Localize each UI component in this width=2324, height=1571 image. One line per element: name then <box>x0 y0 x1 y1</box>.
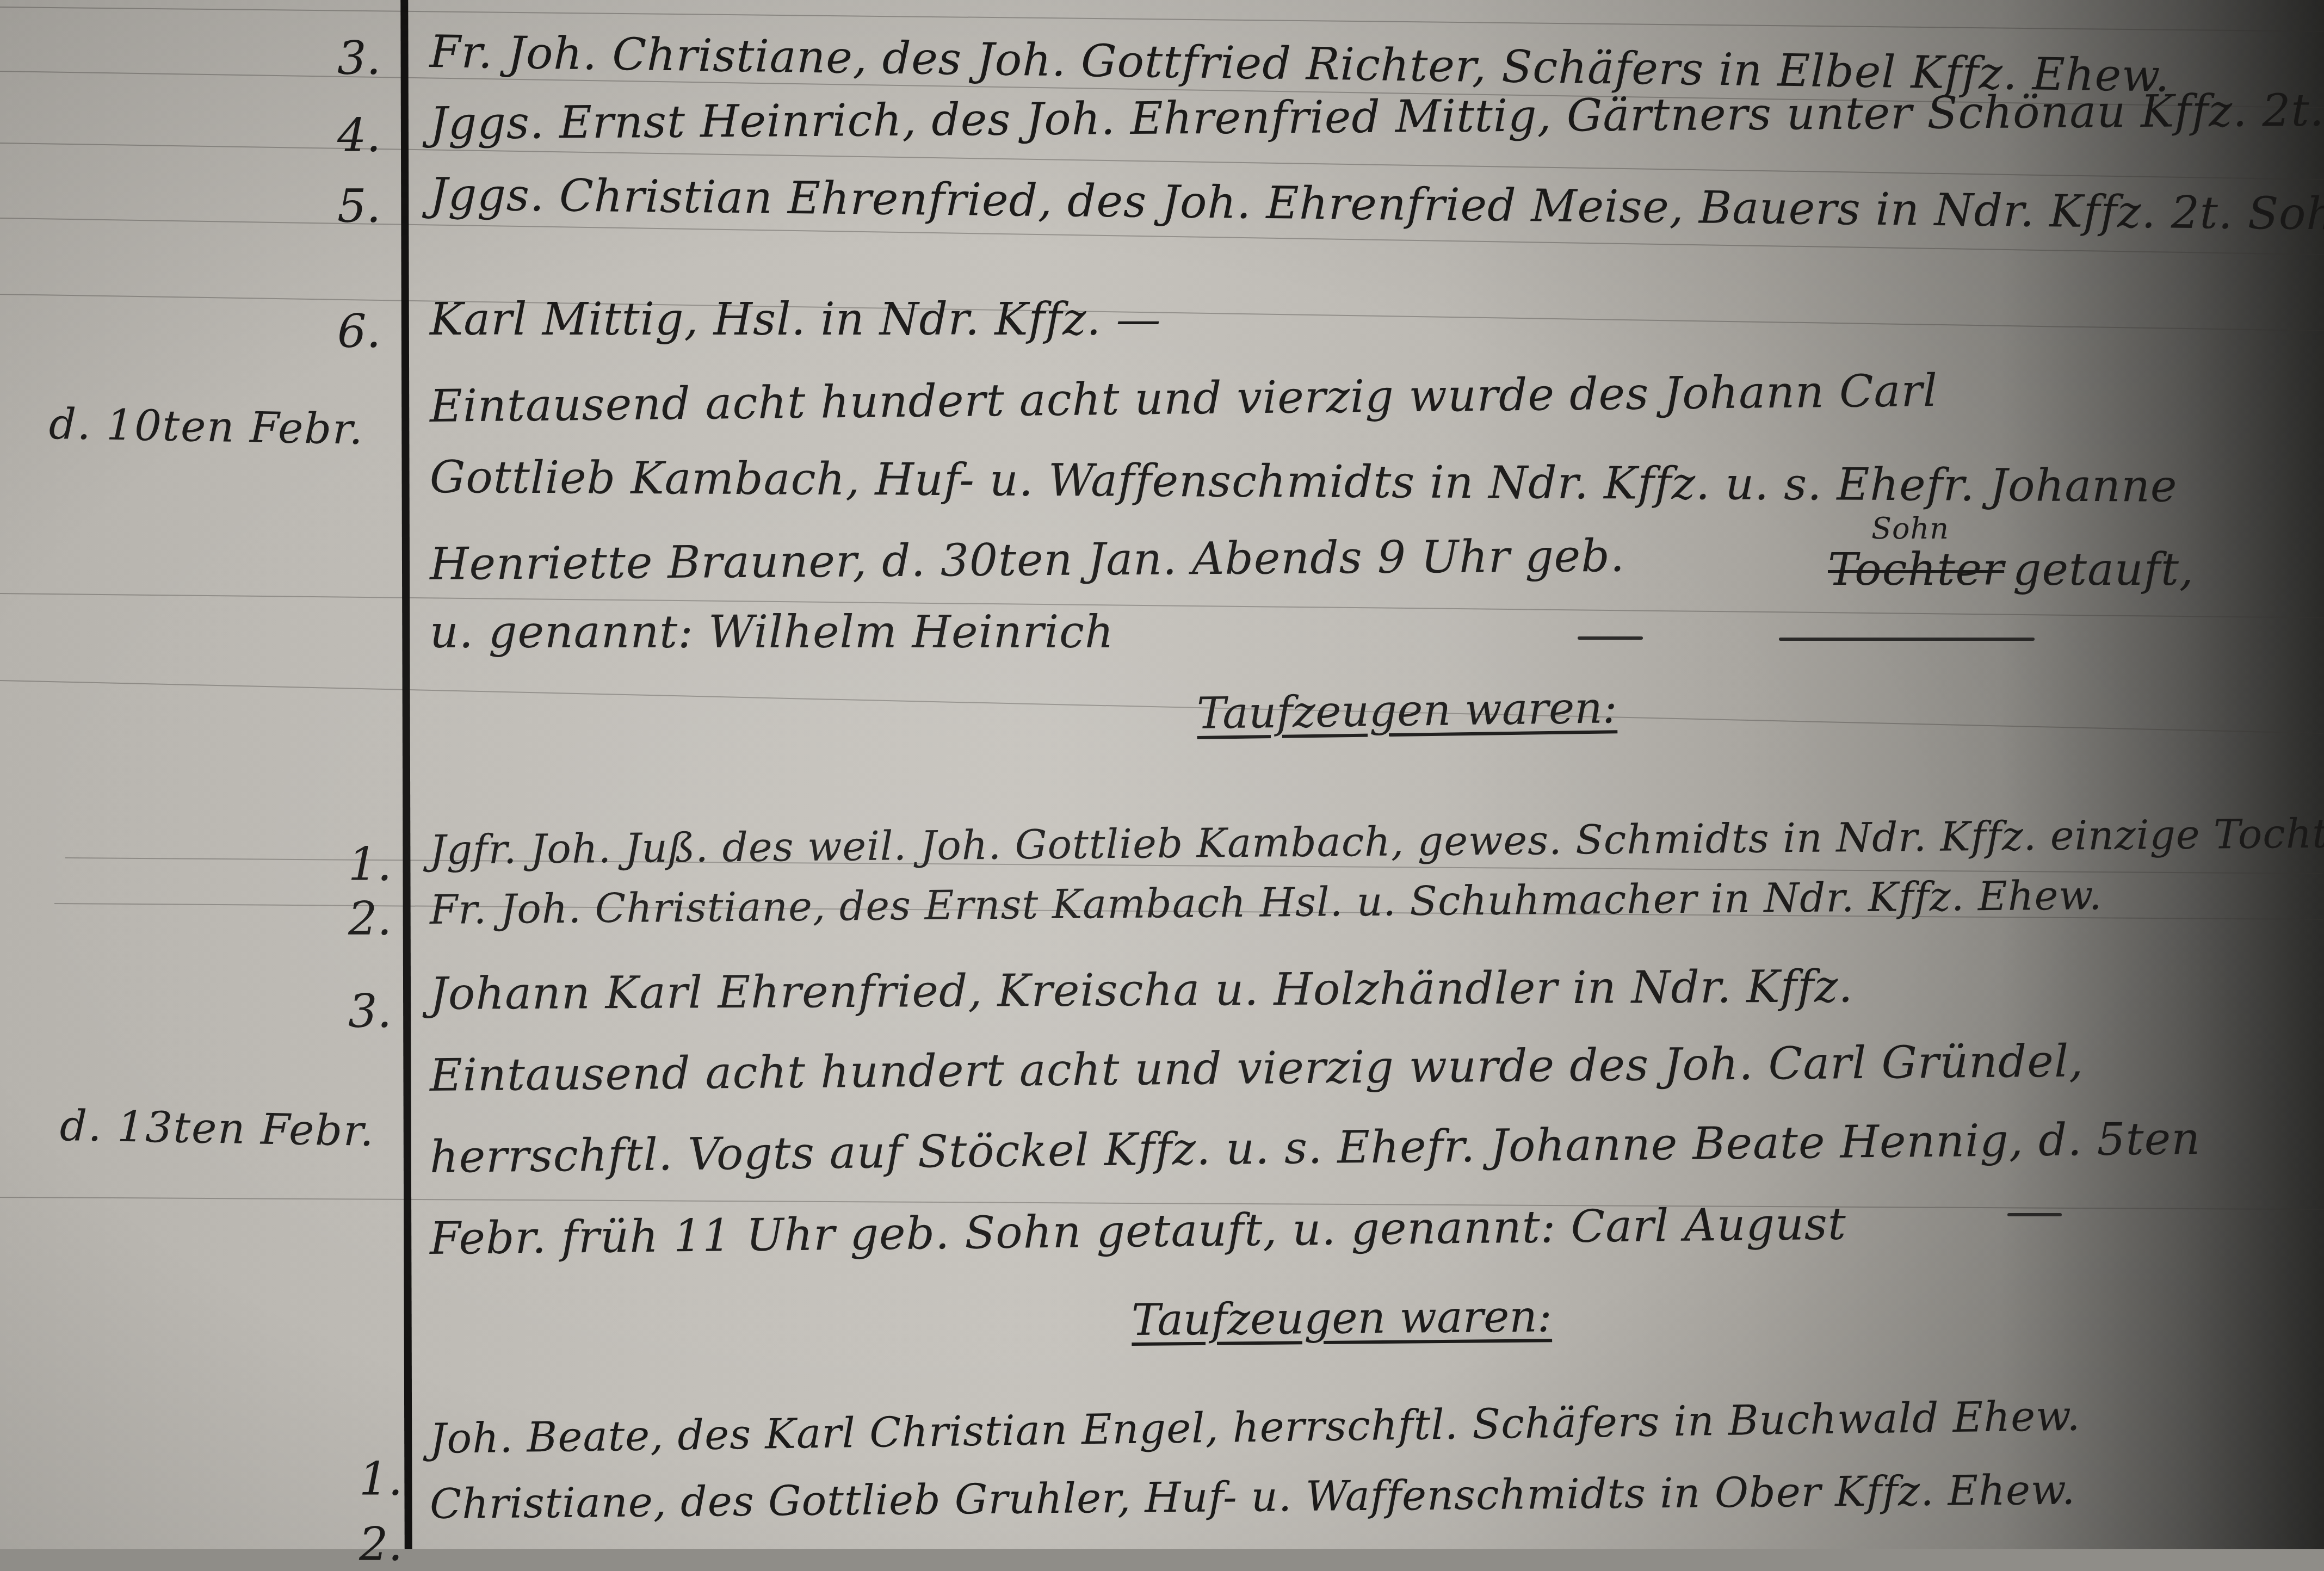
godparent-number: 6. <box>337 305 370 358</box>
godparent-number: 3. <box>337 32 370 85</box>
entry-date: d. 10ten Febr. <box>48 400 364 454</box>
entry-text-line: Eintausend acht hundert acht und vierzig… <box>430 1035 2084 1102</box>
godparent-line: Johann Karl Ehrenfried, Kreischa u. Holz… <box>430 961 1853 1020</box>
entry-text-line: Febr. früh 11 Uhr geb. Sohn getauft, u. … <box>430 1198 1847 1265</box>
filler-dash <box>1779 638 2035 641</box>
entry-date: d. 13ten Febr. <box>59 1102 375 1156</box>
entry-text-line: herrschftl. Vogts auf Stöckel Kffz. u. s… <box>430 1113 2201 1183</box>
entry-text-line: Eintausend acht hundert acht und vierzig… <box>430 365 1938 432</box>
godparent-line: Jgfr. Joh. Juß. des weil. Joh. Gottlieb … <box>430 810 2324 874</box>
ruled-line <box>0 593 2324 618</box>
godparent-number: 4. <box>337 109 370 162</box>
godparent-line: Christiane, des Gottlieb Gruhler, Huf- u… <box>430 1465 2076 1528</box>
godparent-number: 1. <box>348 838 381 891</box>
filler-dash <box>1578 636 1643 640</box>
godparent-number: 1. <box>359 1452 392 1506</box>
godparents-heading: Taufzeugen waren: <box>1196 682 1617 739</box>
godparent-line: Jggs. Ernst Heinrich, des Joh. Ehrenfrie… <box>430 84 2324 150</box>
entry-text-line: Gottlieb Kambach, Huf- u. Waffenschmidts… <box>430 451 2178 512</box>
godparent-line: Fr. Joh. Christiane, des Ernst Kambach H… <box>430 872 2103 933</box>
register-page: 3. Fr. Joh. Christiane, des Joh. Gottfri… <box>0 0 2324 1549</box>
godparent-line: Karl Mittig, Hsl. in Ndr. Kffz. — <box>430 294 1161 345</box>
godparent-number: 5. <box>337 180 370 233</box>
margin-rule <box>400 0 412 1549</box>
godparents-heading: Taufzeugen waren: <box>1132 1291 1553 1345</box>
godparent-number: 2. <box>348 892 381 945</box>
godparent-number: 3. <box>348 985 381 1038</box>
godparent-line: Joh. Beate, des Karl Christian Engel, he… <box>429 1391 2080 1463</box>
godparent-number: 2. <box>359 1518 392 1549</box>
ruled-line <box>0 680 2323 734</box>
baptized-word: getauft, <box>2013 544 2194 596</box>
ruled-line <box>0 7 2324 32</box>
inserted-word: Sohn <box>1871 511 1949 546</box>
entry-text-line: Henriette Brauner, d. 30ten Jan. Abends … <box>430 530 1625 590</box>
struck-word: Tochter <box>1828 544 2004 596</box>
entry-text-line: u. genannt: Wilhelm Heinrich <box>430 607 1114 658</box>
filler-dash <box>2007 1213 2062 1216</box>
